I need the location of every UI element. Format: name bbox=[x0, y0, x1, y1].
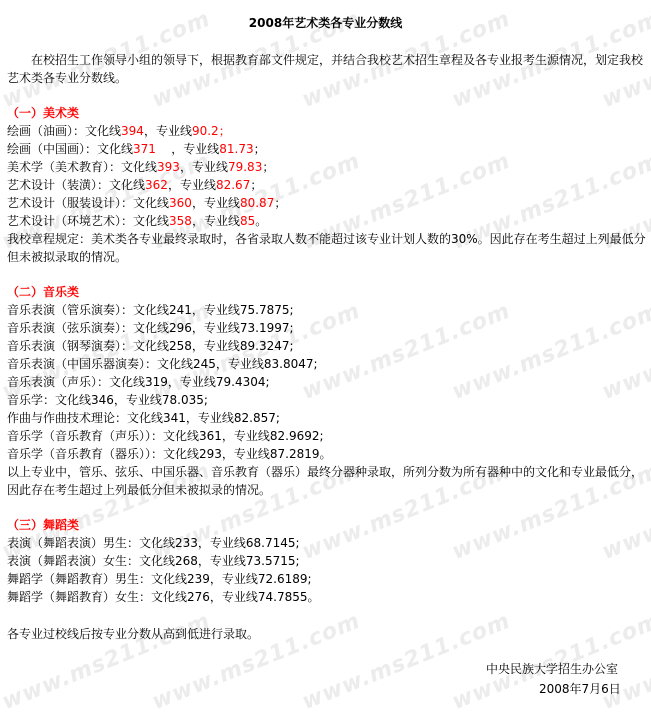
music-note: 以上专业中，管乐、弦乐、中国乐器、音乐教育（器乐）最终分器种录取，所列分数为所有… bbox=[7, 463, 647, 499]
score-line: 表演（舞蹈表演）男生：文化线233，专业线68.7145; bbox=[7, 534, 300, 552]
major-score: 85 bbox=[240, 214, 255, 228]
score-line: 音乐学（音乐教育（器乐））：文化线293，专业线87.2819。 bbox=[7, 445, 332, 463]
major-score: 81.73 bbox=[219, 142, 253, 156]
major-score: 90.2 bbox=[192, 124, 219, 138]
culture-score: 362 bbox=[145, 178, 168, 192]
watermark: www.ms211.com bbox=[599, 299, 651, 405]
watermark: www.ms211.com bbox=[449, 299, 651, 405]
score-line: 舞蹈学（舞蹈教育）男生：文化线239，专业线72.6189; bbox=[7, 570, 312, 588]
page-title: 2008年艺术类各专业分数线 bbox=[0, 14, 651, 31]
section-heading-dance: （三）舞蹈类 bbox=[7, 516, 79, 534]
signature: 中央民族大学招生办公室 bbox=[486, 660, 618, 678]
fine-arts-note: 我校章程规定：美术类各专业最终录取时，各省录取人数不能超过该专业计划人数的30%… bbox=[7, 230, 647, 266]
score-line: 艺术设计（服装设计）：文化线360，专业线80.87； bbox=[7, 194, 286, 212]
section-heading-music: （二）音乐类 bbox=[7, 283, 79, 301]
score-line: 绘画（油画）：文化线394，专业线90.2； bbox=[7, 122, 231, 140]
score-line: 绘画（中国画）：文化线371 ，专业线81.73； bbox=[7, 140, 266, 158]
score-line: 表演（舞蹈表演）女生：文化线268，专业线73.5715; bbox=[7, 552, 300, 570]
score-line: 艺术设计（环境艺术）：文化线358，专业线85。 bbox=[7, 212, 267, 230]
watermark: www.ms211.com bbox=[299, 609, 514, 715]
signature-date: 2008年7月6日 bbox=[539, 680, 621, 698]
score-line: 音乐学（音乐教育（声乐））：文化线361，专业线82.9692; bbox=[7, 427, 324, 445]
watermark: www.ms211.com bbox=[299, 299, 514, 405]
major-score: 82.67 bbox=[216, 178, 250, 192]
intro-paragraph: 在校招生工作领导小组的领导下，根据教育部文件规定，并结合我校艺术招生章程及各专业… bbox=[7, 51, 643, 87]
score-line: 音乐表演（声乐）：文化线319，专业线79.4304; bbox=[7, 373, 270, 391]
score-line: 音乐表演（中国乐器演奏）：文化线245，专业线83.8047; bbox=[7, 355, 318, 373]
major-score: 80.87 bbox=[240, 196, 274, 210]
score-line: 音乐学：文化线346，专业线78.035; bbox=[7, 391, 208, 409]
culture-score: 360 bbox=[169, 196, 192, 210]
section-heading-fine-arts: （一）美术类 bbox=[7, 104, 79, 122]
culture-score: 358 bbox=[169, 214, 192, 228]
culture-score: 394 bbox=[121, 124, 144, 138]
score-line: 音乐表演（管乐演奏）：文化线241，专业线75.7875; bbox=[7, 301, 294, 319]
score-line: 舞蹈学（舞蹈教育）女生：文化线276，专业线74.7855。 bbox=[7, 588, 320, 606]
major-score: 79.83 bbox=[228, 160, 262, 174]
score-line: 音乐表演（弦乐演奏）：文化线296，专业线73.1997; bbox=[7, 319, 294, 337]
culture-score: 371 bbox=[133, 142, 156, 156]
score-line: 艺术设计（装潢）：文化线362，专业线82.67； bbox=[7, 176, 262, 194]
score-line: 美术学（美术教育）：文化线393，专业线79.83； bbox=[7, 158, 274, 176]
score-line: 作曲与作曲技术理论：文化线341，专业线82.857; bbox=[7, 409, 280, 427]
score-line: 音乐表演（钢琴演奏）：文化线258，专业线89.3247; bbox=[7, 337, 294, 355]
culture-score: 393 bbox=[157, 160, 180, 174]
closing-statement: 各专业过校线后按专业分数从高到低进行录取。 bbox=[7, 625, 259, 643]
